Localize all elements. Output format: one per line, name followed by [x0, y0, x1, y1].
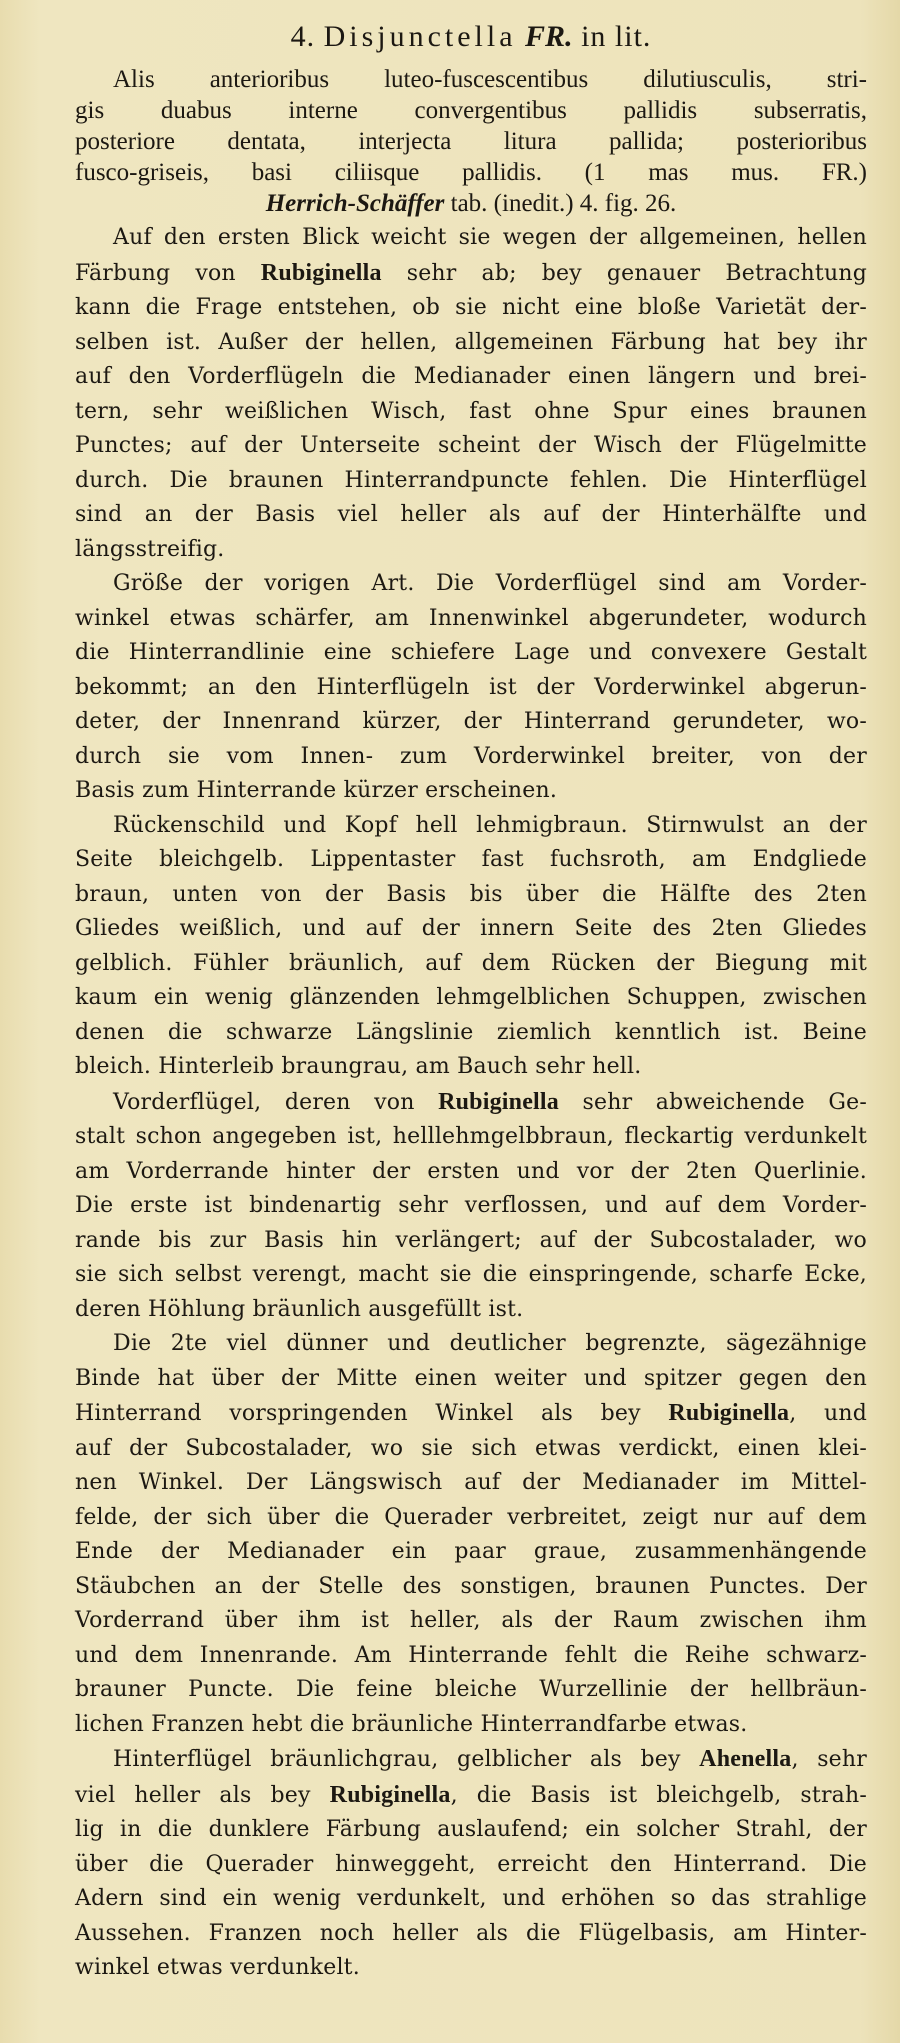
reference-text: tab. (inedit.) 4. fig. 26. — [451, 190, 677, 217]
text-line: kaum ein wenig glänzenden lehmgelblichen… — [75, 981, 867, 1016]
text-line: rande bis zur Basis hin verlängert; auf … — [75, 1224, 867, 1259]
text-line: Basis zum Hinterrande kürzer erscheinen. — [75, 774, 867, 809]
text-line: deter, der Innenrand kürzer, der Hinterr… — [75, 705, 867, 740]
text-line: winkel etwas verdunkelt. — [75, 1951, 867, 1986]
text-line: tern, sehr weißlichen Wisch, fast ohne S… — [75, 395, 867, 430]
text-line: Aussehen. Franzen noch heller als die Fl… — [75, 1917, 867, 1952]
text-line: nen Winkel. Der Längswisch auf der Media… — [75, 1466, 867, 1501]
text-line: stalt schon angegeben ist, helllehmgelbb… — [75, 1120, 867, 1155]
text-line: winkel etwas schärfer, am Innenwinkel ab… — [75, 602, 867, 637]
text-line: selben ist. Außer der hellen, allgemeine… — [75, 326, 867, 361]
text-line: Ende der Medianader ein paar graue, zusa… — [75, 1535, 867, 1570]
species-name-inline: Rubiginella — [668, 1400, 789, 1426]
text-line: und dem Innenrande. Am Hinterrande fehlt… — [75, 1639, 867, 1674]
text-line: sie sich selbst verengt, macht sie die e… — [75, 1258, 867, 1293]
text-line: am Vorderrande hinter der ersten und vor… — [75, 1155, 867, 1190]
diagnosis-line: Alis anterioribus luteo-fuscescentibus d… — [75, 64, 867, 95]
figure-reference: Herrich-Schäffer tab. (inedit.) 4. fig. … — [75, 188, 867, 219]
text-line: Färbung von Rubiginella sehr ab; bey gen… — [75, 256, 867, 292]
species-name-inline: Rubiginella — [438, 1089, 559, 1115]
description-body: Auf den ersten Blick weicht sie wegen de… — [75, 221, 867, 1986]
text-line: durch sie vom Innen- zum Vorderwinkel br… — [75, 740, 867, 775]
diagnosis-line: fusco-griseis, basi ciliisque pallidis. … — [75, 157, 867, 188]
text-line: Die 2te viel dünner und deutlicher begre… — [75, 1327, 867, 1362]
reference-author: Herrich-Schäffer — [266, 190, 445, 217]
text-line: Punctes; auf der Unterseite scheint der … — [75, 429, 867, 464]
text-line: durch. Die braunen Hinterrandpuncte fehl… — [75, 464, 867, 499]
text-line: lichen Franzen hebt die bräunliche Hinte… — [75, 1708, 867, 1743]
text-line: brauner Puncte. Die feine bleiche Wurzel… — [75, 1673, 867, 1708]
paragraph: Größe der vorigen Art. Die Vorderflügel … — [75, 567, 867, 809]
species-author: FR. — [525, 20, 573, 53]
text-line: kann die Frage entstehen, ob sie nicht e… — [75, 291, 867, 326]
paragraph: Die 2te viel dünner und deutlicher begre… — [75, 1327, 867, 1742]
species-name-inline: Rubiginella — [330, 1782, 451, 1808]
text-line: Vorderflügel, deren von Rubiginella sehr… — [75, 1085, 867, 1121]
text-line: sind an der Basis viel heller als auf de… — [75, 498, 867, 533]
paragraph: Auf den ersten Blick weicht sie wegen de… — [75, 221, 867, 567]
text-line: Seite bleichgelb. Lippentaster fast fuch… — [75, 843, 867, 878]
text-line: bekommt; an den Hinterflügeln ist der Vo… — [75, 671, 867, 706]
species-heading: 4. Disjunctella FR. in lit. — [75, 20, 867, 54]
text-line: bleich. Hinterleib braungrau, am Bauch s… — [75, 1050, 867, 1085]
text-line: Vorderrand über ihm ist heller, als der … — [75, 1604, 867, 1639]
text-line: gelblich. Fühler bräunlich, auf dem Rück… — [75, 947, 867, 982]
text-line: denen die schwarze Längslinie ziemlich k… — [75, 1016, 867, 1051]
book-page: 4. Disjunctella FR. in lit. Alis anterio… — [75, 0, 867, 1986]
text-line: Gliedes weißlich, und auf der innern Sei… — [75, 912, 867, 947]
diagnosis-line: posteriore dentata, interjecta litura pa… — [75, 126, 867, 157]
text-line: Hinterflügel bräunlichgrau, gelblicher a… — [75, 1742, 867, 1778]
species-name-inline: Ahenella — [699, 1746, 791, 1772]
text-line: felde, der sich über die Querader verbre… — [75, 1501, 867, 1536]
species-number: 4. — [291, 20, 316, 53]
text-line: Größe der vorigen Art. Die Vorderflügel … — [75, 567, 867, 602]
diagnosis-line: gis duabus interne convergentibus pallid… — [75, 95, 867, 126]
text-line: viel heller als bey Rubiginella, die Bas… — [75, 1778, 867, 1814]
text-line: braun, unten von der Basis bis über die … — [75, 878, 867, 913]
text-line: Die erste ist bindenartig sehr verflosse… — [75, 1189, 867, 1224]
text-line: auf den Vorderflügeln die Medianader ein… — [75, 360, 867, 395]
paragraph: Hinterflügel bräunlichgrau, gelblicher a… — [75, 1742, 867, 1986]
text-line: deren Höhlung bräunlich ausgefüllt ist. — [75, 1293, 867, 1328]
text-line: lig in die dunklere Färbung auslaufend; … — [75, 1813, 867, 1848]
latin-diagnosis: Alis anterioribus luteo-fuscescentibus d… — [75, 64, 867, 188]
text-line: Rückenschild und Kopf hell lehmigbraun. … — [75, 809, 867, 844]
text-line: über die Querader hinweggeht, erreicht d… — [75, 1848, 867, 1883]
text-line: Auf den ersten Blick weicht sie wegen de… — [75, 221, 867, 256]
text-line: Binde hat über der Mitte einen weiter un… — [75, 1362, 867, 1397]
paragraph: Vorderflügel, deren von Rubiginella sehr… — [75, 1085, 867, 1328]
species-name-inline: Rubiginella — [261, 260, 382, 286]
paragraph: Rückenschild und Kopf hell lehmigbraun. … — [75, 809, 867, 1085]
text-line: längsstreifig. — [75, 533, 867, 568]
species-name: Disjunctella — [324, 20, 517, 53]
text-line: auf der Subcostalader, wo sie sich etwas… — [75, 1432, 867, 1467]
text-line: die Hinterrandlinie eine schiefere Lage … — [75, 636, 867, 671]
text-line: Adern sind ein wenig verdunkelt, und erh… — [75, 1882, 867, 1917]
species-suffix: in lit. — [581, 20, 651, 53]
text-line: Hinterrand vorspringenden Winkel als bey… — [75, 1396, 867, 1432]
text-line: Stäubchen an der Stelle des sonstigen, b… — [75, 1570, 867, 1605]
